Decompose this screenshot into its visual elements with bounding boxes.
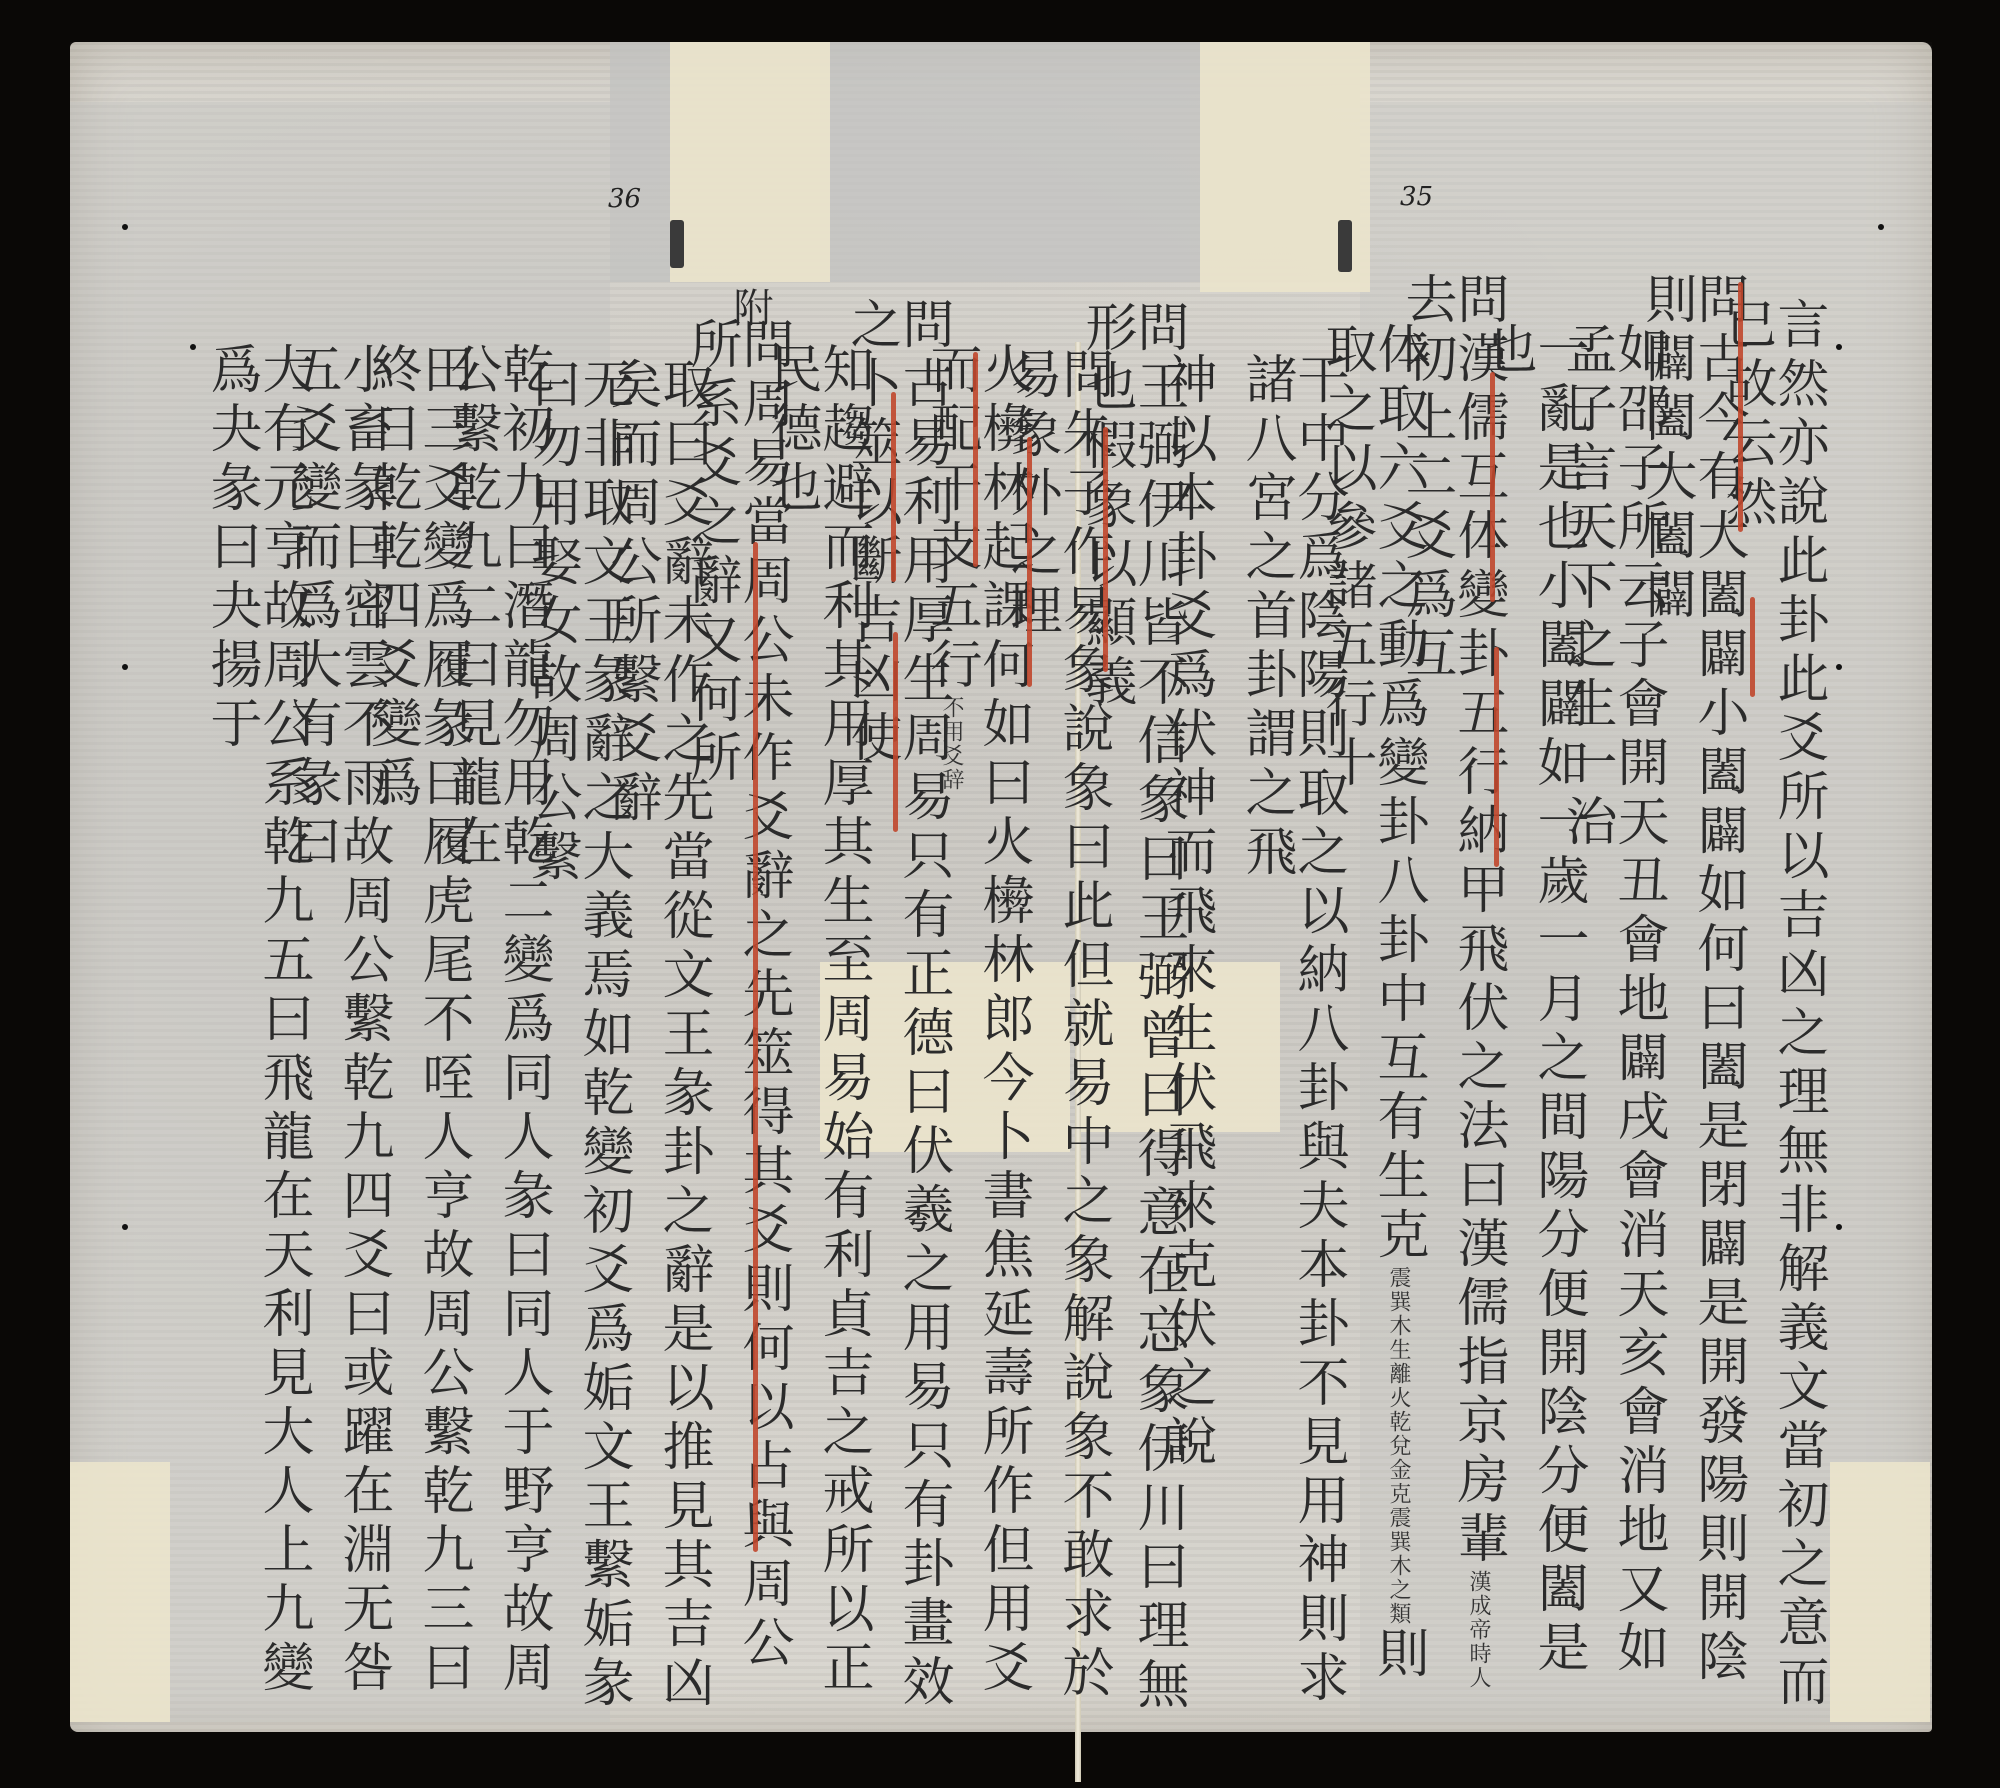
interlinear-note: 漢成帝時人 [1467,1570,1489,1690]
column-text: 問漢儒互体變卦五行納甲飛伏之法曰漢儒指京房輩 [1448,272,1508,1570]
page-number-right: 35 [1400,182,1433,212]
binding-hole [122,224,128,230]
binding-hole [1878,224,1884,230]
page-number-left: 36 [608,184,641,214]
rubric-line [1027,437,1032,687]
text-column: 干中分爲陰陽則取之以納八卦與夫本卦不見用神則求諸八宮之首卦謂之飛 [1240,352,1344,1732]
column-text: 体取六爻之動爲變卦八卦中互有生克 [1368,322,1428,1266]
repair-strip-bottom-right [1830,1462,1930,1722]
rubric-line [1494,647,1499,867]
ink-mark-left [670,220,684,268]
interlinear-note: 震巽木生離火乾兌金克震巽木之類 [1387,1266,1409,1626]
rubric-line [1103,427,1108,672]
rubric-line [973,352,978,567]
binding-hole [1836,344,1842,350]
binding-hole [1836,1224,1842,1230]
manuscript-sheet: 36 35 言然亦說此卦此爻所以吉凶之理無非解義文當初之意而已故云然 問古今有大… [70,42,1932,1732]
ink-mark-right [1338,220,1352,272]
repair-strip-left-top [670,42,830,282]
rubric-line [893,632,898,832]
rubric-line [1738,282,1743,532]
binding-hole [122,1224,128,1230]
rubric-line [1490,372,1495,602]
text-column: 大有元亨故周公系乾九五曰飛龍在天利見大人上九變爲夬彖曰夬揚于 [205,342,309,1732]
rubric-line [753,542,758,1552]
rubric-line [891,392,896,582]
binding-hole [190,344,196,350]
binding-hole [1836,664,1842,670]
rubric-line [1750,597,1755,697]
repair-strip-bottom-left [70,1462,170,1722]
binding-hole [122,664,128,670]
